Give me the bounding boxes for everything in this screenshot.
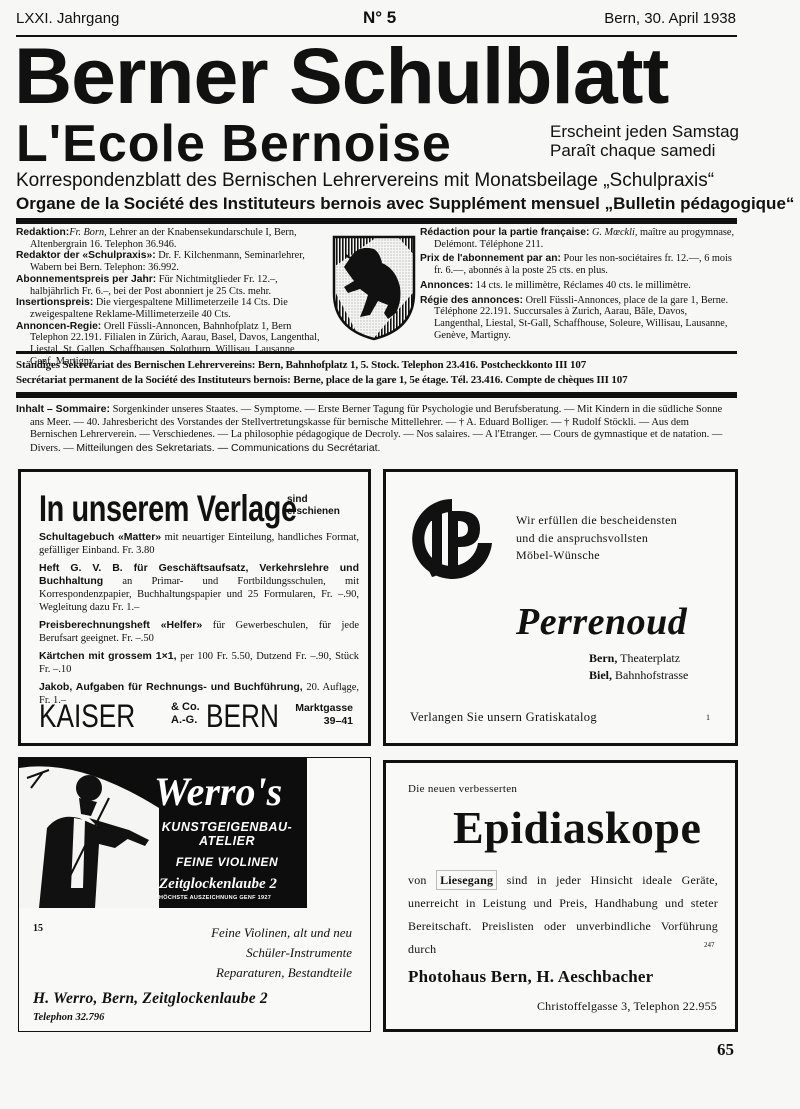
brand-werro: Werro's xyxy=(154,768,282,815)
list-item: Preisberechnungsheft «Helfer» für Gewerb… xyxy=(39,619,359,645)
issue-line: LXXI. Jahrgang N° 5 Bern, 30. April 1938 xyxy=(16,10,736,32)
secretariat-fr: Secrétariat permanent de la Société des … xyxy=(16,373,737,388)
ad-ref: 1 xyxy=(706,713,710,722)
masthead-title-de: Berner Schulblatt xyxy=(14,34,668,118)
info-item: Rédaction pour la partie française: G. M… xyxy=(420,227,736,250)
ad-ref: 15 xyxy=(33,923,43,934)
werro-contact: H. Werro, Bern, Zeitglockenlaube 2 xyxy=(33,990,268,1008)
issue-number: N° 5 xyxy=(363,8,396,28)
secretariat-de: Ständiges Sekretariat des Bernischen Leh… xyxy=(16,358,737,373)
brand-kaiser: KAISER xyxy=(39,698,135,735)
info-item: Prix de l'abonnement par an: Pour les no… xyxy=(420,253,736,276)
list-item: Schultagebuch «Matter» mit neuartiger Ei… xyxy=(39,531,359,557)
ad-perrenoud: Wir erfüllen die bescheidensten und die … xyxy=(383,469,738,746)
brand-liesegang: Liesegang xyxy=(436,870,497,890)
werro-feine-violinen: FEINE VIOLINEN xyxy=(147,855,307,869)
ad-pretitle: Die neuen verbesserten xyxy=(408,783,517,795)
divider xyxy=(16,392,737,398)
werro-offer: Feine Violinen, alt und neu Schüler-Inst… xyxy=(211,923,352,983)
info-item: Régie des annonces: Orell Füssli-Annonce… xyxy=(420,295,736,342)
bern-coat-of-arms-icon xyxy=(330,233,418,343)
subtitle-de: Korrespondenzblatt des Bernischen Lehrer… xyxy=(16,170,714,192)
list-item: Kärtchen mit grossem 1×1, per 100 Fr. 5.… xyxy=(39,650,359,676)
ad-shop: Photohaus Bern, H. Aeschbacher xyxy=(408,967,653,987)
werro-subtitle: KUNSTGEIGENBAU- ATELIER xyxy=(147,820,307,848)
table-of-contents: Inhalt – Sommaire: Sorgenkinder unseres … xyxy=(16,403,737,455)
info-item: Annonces: 14 cts. le millimètre, Réclame… xyxy=(420,280,736,292)
masthead-info-fr: Rédaction pour la partie française: G. M… xyxy=(420,227,736,344)
ad-catalog-line: Verlangen Sie unsern Gratiskatalog xyxy=(410,710,597,725)
volume: LXXI. Jahrgang xyxy=(16,10,119,27)
frequency: Erscheint jeden Samstag Paraît chaque sa… xyxy=(550,122,739,160)
brand-company: & Co. A.-G. xyxy=(171,701,200,727)
jp-monogram-logo-icon xyxy=(408,495,496,583)
ad-epidiaskope: Die neuen verbesserten Epidiaskope von L… xyxy=(383,760,738,1032)
info-item: Redaktor der «Schulpraxis»: Dr. F. Kilch… xyxy=(16,250,321,273)
ad-werro: Werro's KUNSTGEIGENBAU- ATELIER FEINE VI… xyxy=(18,757,371,1032)
werro-banner: Werro's KUNSTGEIGENBAU- ATELIER FEINE VI… xyxy=(19,758,307,908)
info-item: Redaktion:Fr. Born, Lehrer an der Knaben… xyxy=(16,227,321,250)
masthead-title-fr: L'Ecole Bernoise xyxy=(16,118,452,170)
ad-title: In unserem Verlage xyxy=(39,488,297,530)
ad-address: Christoffelgasse 3, Telephon 22.955 xyxy=(537,999,717,1014)
list-item: Heft G. V. B. für Geschäftsaufsatz, Verk… xyxy=(39,562,359,614)
frequency-de: Erscheint jeden Samstag xyxy=(550,122,739,141)
ad-ref: 247 xyxy=(704,941,715,949)
publication-list: Schultagebuch «Matter» mit neuartiger Ei… xyxy=(39,531,359,712)
page-number: 65 xyxy=(717,1040,734,1060)
werro-phone: Telephon 32.796 xyxy=(33,1012,104,1023)
divider xyxy=(16,218,737,224)
issue-date: Bern, 30. April 1938 xyxy=(604,10,736,27)
brand-perrenoud: Perrenoud xyxy=(516,600,687,644)
info-item: Abonnementspreis per Jahr: Für Nichtmitg… xyxy=(16,274,321,297)
subtitle-fr: Organe de la Société des Instituteurs be… xyxy=(16,193,794,215)
ad-addresses: Bern, Theaterplatz Biel, Bahnhofstrasse xyxy=(589,650,688,684)
ad-body: von Liesegang sind in jeder Hinsicht ide… xyxy=(408,869,718,961)
werro-award: HÖCHSTE AUSZEICHNUNG GENF 1927 xyxy=(159,895,271,901)
werro-address-script: Zeitglockenlaube 2 xyxy=(159,876,277,893)
secretariat: Ständiges Sekretariat des Bernischen Leh… xyxy=(16,358,737,388)
ad-kaiser-verlag: In unserem Verlage sind erschienen Schul… xyxy=(18,469,371,746)
ad-title-side: sind erschienen xyxy=(287,494,340,518)
masthead-info-de: Redaktion:Fr. Born, Lehrer an der Knaben… xyxy=(16,227,321,367)
ad-ref: 5 xyxy=(343,687,347,695)
brand-address: Marktgasse 39–41 xyxy=(293,702,353,728)
ad-tagline: Wir erfüllen die bescheidensten und die … xyxy=(516,512,677,565)
info-item: Insertionspreis: Die viergespaltene Mill… xyxy=(16,297,321,320)
ad-title: Epidiaskope xyxy=(453,801,701,854)
contents-tail: Mitteilungen des Sekretariats. — Communi… xyxy=(76,442,380,454)
divider xyxy=(16,351,737,354)
frequency-fr: Paraît chaque samedi xyxy=(550,141,739,160)
contents-label: Inhalt – Sommaire: xyxy=(16,403,110,415)
brand-city: BERN xyxy=(206,698,279,735)
